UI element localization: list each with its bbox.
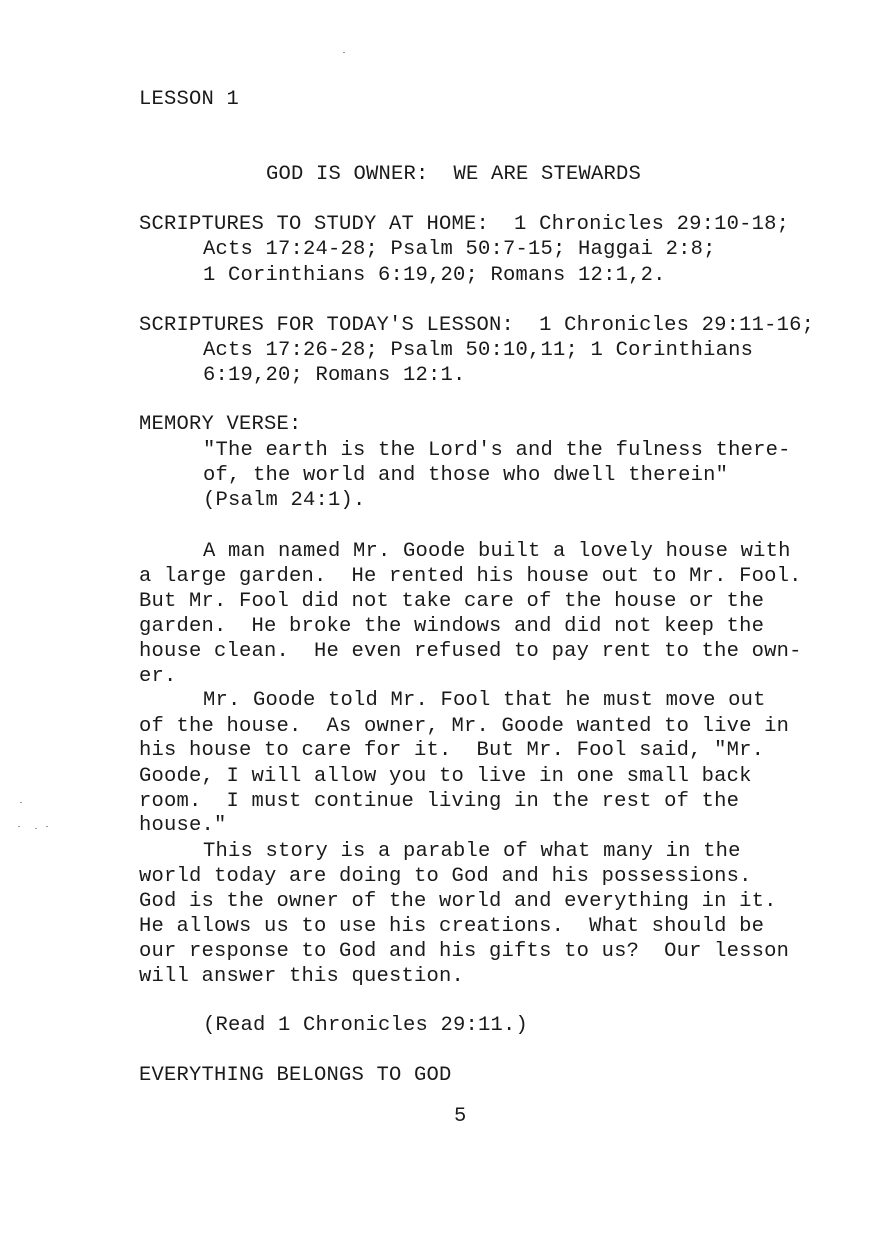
paragraph-line: of the house. As owner, Mr. Goode wanted… xyxy=(139,714,789,739)
paragraph-line: his house to care for it. But Mr. Fool s… xyxy=(139,738,764,763)
section-heading: EVERYTHING BELONGS TO GOD xyxy=(139,1063,452,1088)
page-number: 5 xyxy=(454,1104,467,1129)
scan-artifact xyxy=(343,52,345,53)
paragraph-line: Goode, I will allow you to live in one s… xyxy=(139,764,752,789)
scan-artifact xyxy=(18,826,20,827)
paragraph-line: our response to God and his gifts to us?… xyxy=(139,939,789,964)
scriptures-home-line: 1 Corinthians 6:19,20; Romans 12:1,2. xyxy=(203,263,666,288)
paragraph-line: a large garden. He rented his house out … xyxy=(139,564,802,589)
scriptures-home-line: Acts 17:24-28; Psalm 50:7-15; Haggai 2:8… xyxy=(203,237,716,262)
paragraph-line: house." xyxy=(139,813,227,838)
lesson-label: LESSON 1 xyxy=(139,87,239,112)
scriptures-home-heading: SCRIPTURES TO STUDY AT HOME: 1 Chronicle… xyxy=(139,212,789,237)
paragraph-line: This story is a parable of what many in … xyxy=(203,839,741,864)
paragraph-line: world today are doing to God and his pos… xyxy=(139,864,752,889)
paragraph-line: room. I must continue living in the rest… xyxy=(139,789,739,814)
paragraph-line: Mr. Goode told Mr. Fool that he must mov… xyxy=(203,688,766,713)
paragraph-line: A man named Mr. Goode built a lovely hou… xyxy=(203,539,791,564)
memory-verse-line: of, the world and those who dwell therei… xyxy=(203,463,728,488)
paragraph-line: garden. He broke the windows and did not… xyxy=(139,614,764,639)
paragraph-line: God is the owner of the world and everyt… xyxy=(139,889,777,914)
scan-artifact xyxy=(35,828,37,829)
lesson-title: GOD IS OWNER: WE ARE STEWARDS xyxy=(266,162,641,187)
scriptures-today-line: Acts 17:26-28; Psalm 50:10,11; 1 Corinth… xyxy=(203,338,753,363)
paragraph-line: He allows us to use his creations. What … xyxy=(139,914,764,939)
scriptures-today-heading: SCRIPTURES FOR TODAY'S LESSON: 1 Chronic… xyxy=(139,313,814,338)
paragraph-line: house clean. He even refused to pay rent… xyxy=(139,639,802,664)
document-page: LESSON 1 GOD IS OWNER: WE ARE STEWARDS S… xyxy=(0,0,872,1239)
memory-verse-line: "The earth is the Lord's and the fulness… xyxy=(203,438,791,463)
scan-artifact xyxy=(20,802,22,803)
paragraph-line: will answer this question. xyxy=(139,964,464,989)
read-note: (Read 1 Chronicles 29:11.) xyxy=(203,1013,528,1038)
memory-verse-citation: (Psalm 24:1). xyxy=(203,488,366,513)
paragraph-line: But Mr. Fool did not take care of the ho… xyxy=(139,589,764,614)
scriptures-today-line: 6:19,20; Romans 12:1. xyxy=(203,363,466,388)
scan-artifact xyxy=(46,826,48,827)
paragraph-line: er. xyxy=(139,664,177,689)
memory-verse-heading: MEMORY VERSE: xyxy=(139,412,302,437)
